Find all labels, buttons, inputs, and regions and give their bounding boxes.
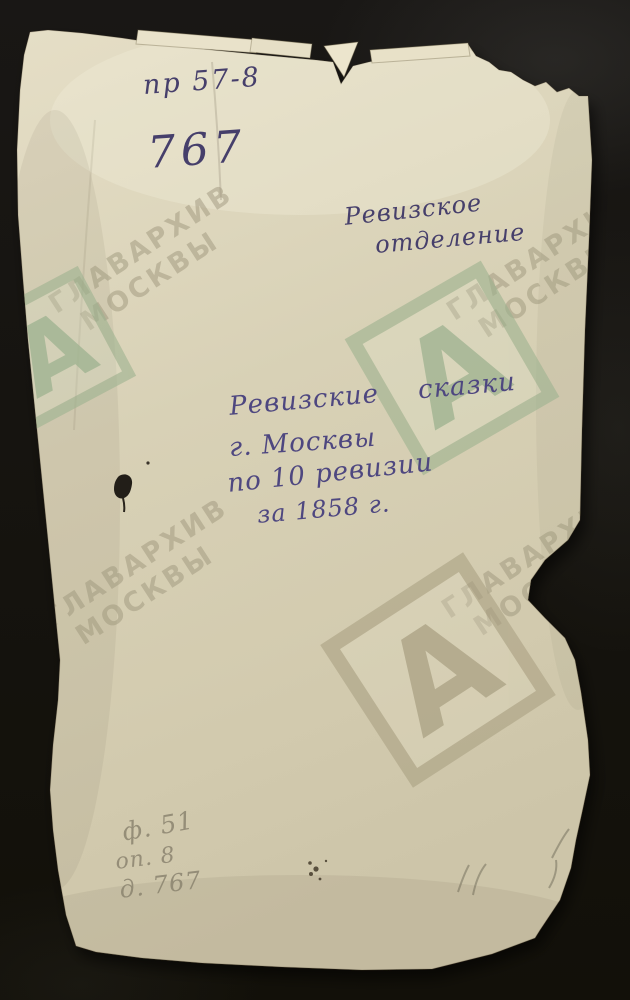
photo-background: ГЛАВАРХИВ МОСКВЫ ГЛАВАРХИВ МОСКВЫ ГЛАВАР… [0, 0, 630, 1000]
paper-shade-bottom [0, 875, 610, 995]
case-number: 767 [146, 121, 248, 179]
